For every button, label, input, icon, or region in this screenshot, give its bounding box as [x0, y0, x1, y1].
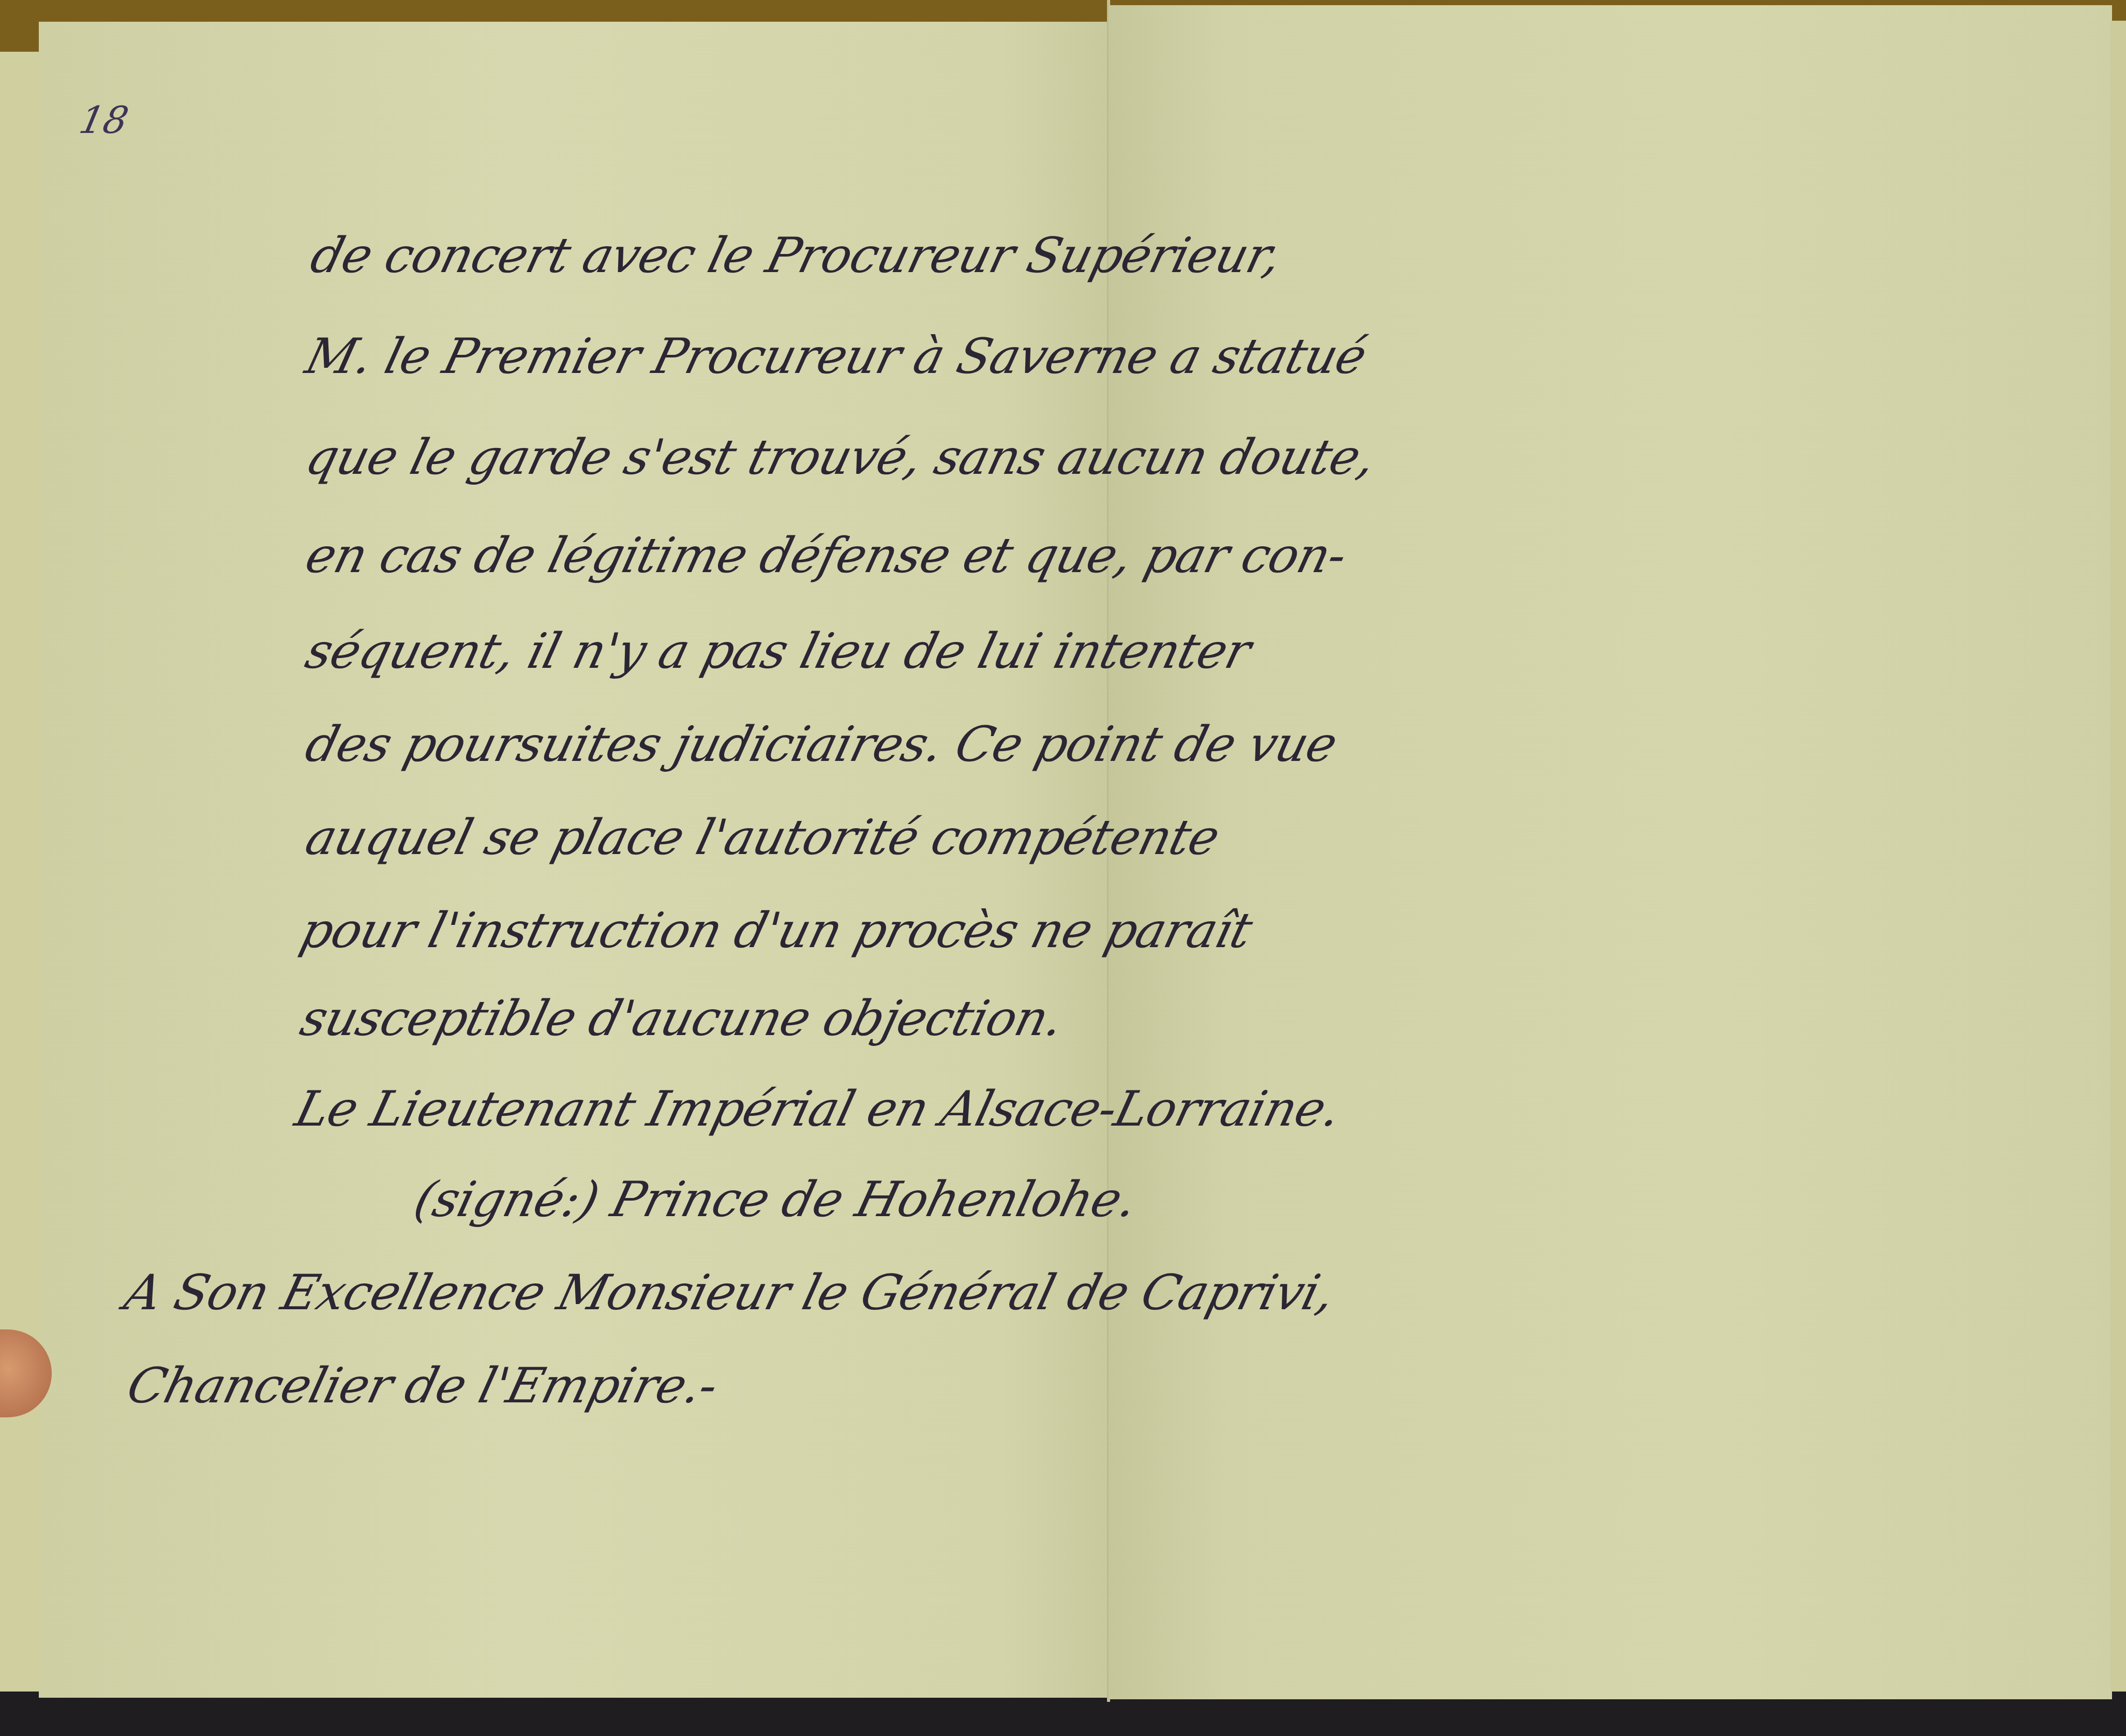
letter-line-1: de concert avec le Procureur Supérieur, [305, 228, 1287, 284]
right-page-stack-edge [2110, 21, 2126, 1692]
handwritten-letter-text: de concert avec le Procureur Supérieur, … [0, 0, 1107, 1736]
letter-line-2: M. le Premier Procureur à Saverne a stat… [300, 328, 1372, 385]
signature-title: Le Lieutenant Impérial en Alsace-Lorrain… [290, 1081, 1346, 1138]
addressee-line-1: A Son Excellence Monsieur le Général de … [119, 1265, 1340, 1321]
letter-line-5: séquent, il n'y a pas lieu de lui intent… [300, 623, 1256, 680]
letter-line-9: susceptible d'aucune objection. [295, 991, 1069, 1047]
letter-line-7: auquel se place l'autorité compétente [300, 810, 1225, 866]
letter-line-3: que le garde s'est trouvé, sans aucun do… [300, 429, 1381, 486]
addressee-line-2: Chancelier de l'Empire.- [122, 1358, 723, 1414]
letter-line-4: en cas de légitime défense et que, par c… [300, 528, 1352, 584]
letter-line-6: des poursuites judiciaires. Ce point de … [300, 716, 1342, 773]
signature-signed: (signé:) Prince de Hohenlohe. [409, 1172, 1142, 1228]
letter-line-8: pour l'instruction d'un procès ne paraît [295, 903, 1257, 959]
